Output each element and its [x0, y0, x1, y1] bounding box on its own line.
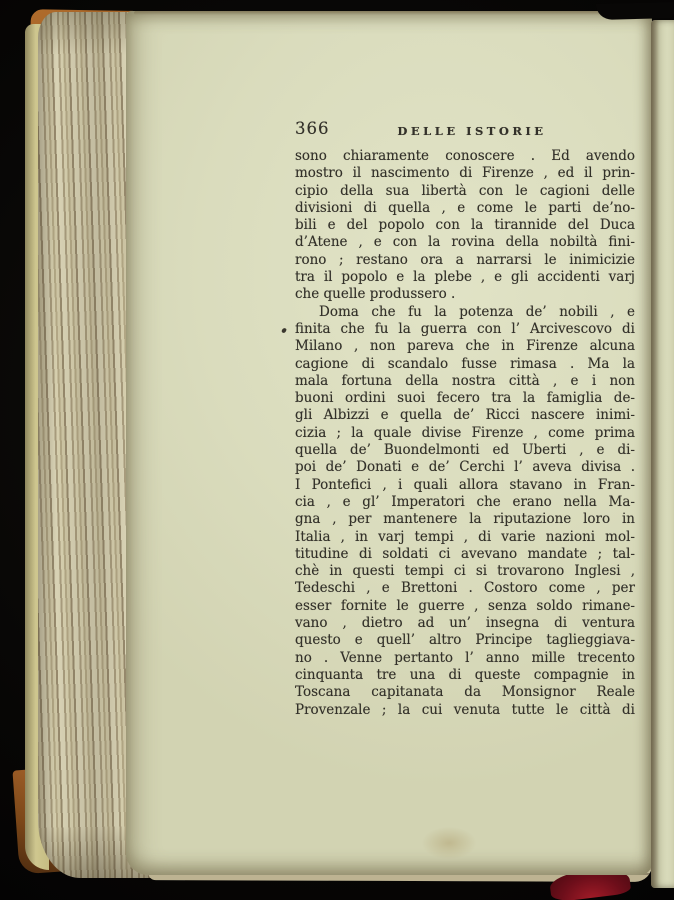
text-line: Milano , non pareva che in Firenze alcun… — [295, 338, 635, 355]
text-line: gli Albizzi e quella de’ Ricci nascere i… — [295, 407, 635, 424]
page-header: 366 DELLE ISTORIE — [295, 118, 635, 145]
text-line: mala fortuna della nostra città , e i no… — [295, 373, 635, 390]
text-line: cizia ; la quale divise Firenze , come p… — [295, 425, 635, 442]
text-line: Toscana capitanata da Monsignor Reale — [295, 684, 635, 701]
text-line: quella de’ Buondelmonti ed Uberti , e di… — [295, 442, 635, 459]
text-line: titudine di soldati ci avevano mandate ;… — [295, 546, 635, 563]
text-line: cia , e gl’ Imperatori che erano nella M… — [295, 494, 635, 511]
book-page: 366 DELLE ISTORIE sono chiaramente conos… — [126, 11, 652, 875]
text-line: bili e del popolo con la tirannide del D… — [295, 217, 635, 234]
text-line: rono ; restano ora a narrarsi le inimici… — [295, 252, 635, 269]
paper-stain — [422, 827, 476, 859]
text-line: Provenzale ; la cui venuta tutte le citt… — [295, 702, 635, 719]
text-line: esser fornite le guerre , senza soldo ri… — [295, 598, 635, 615]
text-line: divisioni di quella , e come le parti de… — [295, 200, 635, 217]
text-line: Tedeschi , e Brettoni . Costoro come , p… — [295, 580, 635, 597]
text-line: vano , dietro ad un’ insegna di ventura — [295, 615, 635, 632]
page-number: 366 — [295, 119, 330, 138]
text-line: sono chiaramente conoscere . Ed avendo — [295, 148, 635, 165]
text-line: d’Atene , e con la rovina della nobiltà … — [295, 234, 635, 251]
text-line: finita che fu la guerra con l’ Arcivesco… — [295, 321, 635, 338]
book-photo: 366 DELLE ISTORIE sono chiaramente conos… — [0, 0, 674, 900]
text-line: Doma che fu la potenza de’ nobili , e — [295, 304, 635, 321]
text-line: cipio della sua libertà con le cagioni d… — [295, 183, 635, 200]
printed-text-block: 366 DELLE ISTORIE sono chiaramente conos… — [295, 118, 635, 719]
ink-speck — [281, 327, 287, 333]
running-header: DELLE ISTORIE — [335, 124, 609, 138]
top-edge-notch — [596, 2, 674, 20]
text-line: cagione di scandalo fusse rimasa . Ma la — [295, 356, 635, 373]
text-line: chè in questi tempi ci si trovarono Ingl… — [295, 563, 635, 580]
text-line: tra il popolo e la plebe , e gli acciden… — [295, 269, 635, 286]
page-body: sono chiaramente conoscere . Ed avendomo… — [295, 148, 635, 719]
text-line: gna , per mantenere la riputazione loro … — [295, 511, 635, 528]
text-line: no . Venne pertanto l’ anno mille trecen… — [295, 650, 635, 667]
text-line: poi de’ Donati e de’ Cerchi l’ aveva div… — [295, 459, 635, 476]
text-line: I Pontefici , i quali allora stavano in … — [295, 477, 635, 494]
text-line: mostro il nascimento di Firenze , ed il … — [295, 165, 635, 182]
text-line: questo e quell’ altro Principe taglieggi… — [295, 632, 635, 649]
text-line: cinquanta tre una di queste compagnie in — [295, 667, 635, 684]
text-line: buoni ordini suoi fecero tra la famiglia… — [295, 390, 635, 407]
text-line: Italia , in varj tempi , di varie nazion… — [295, 529, 635, 546]
gutter-page-strip — [651, 20, 674, 888]
text-line: che quelle produssero . — [295, 286, 635, 303]
